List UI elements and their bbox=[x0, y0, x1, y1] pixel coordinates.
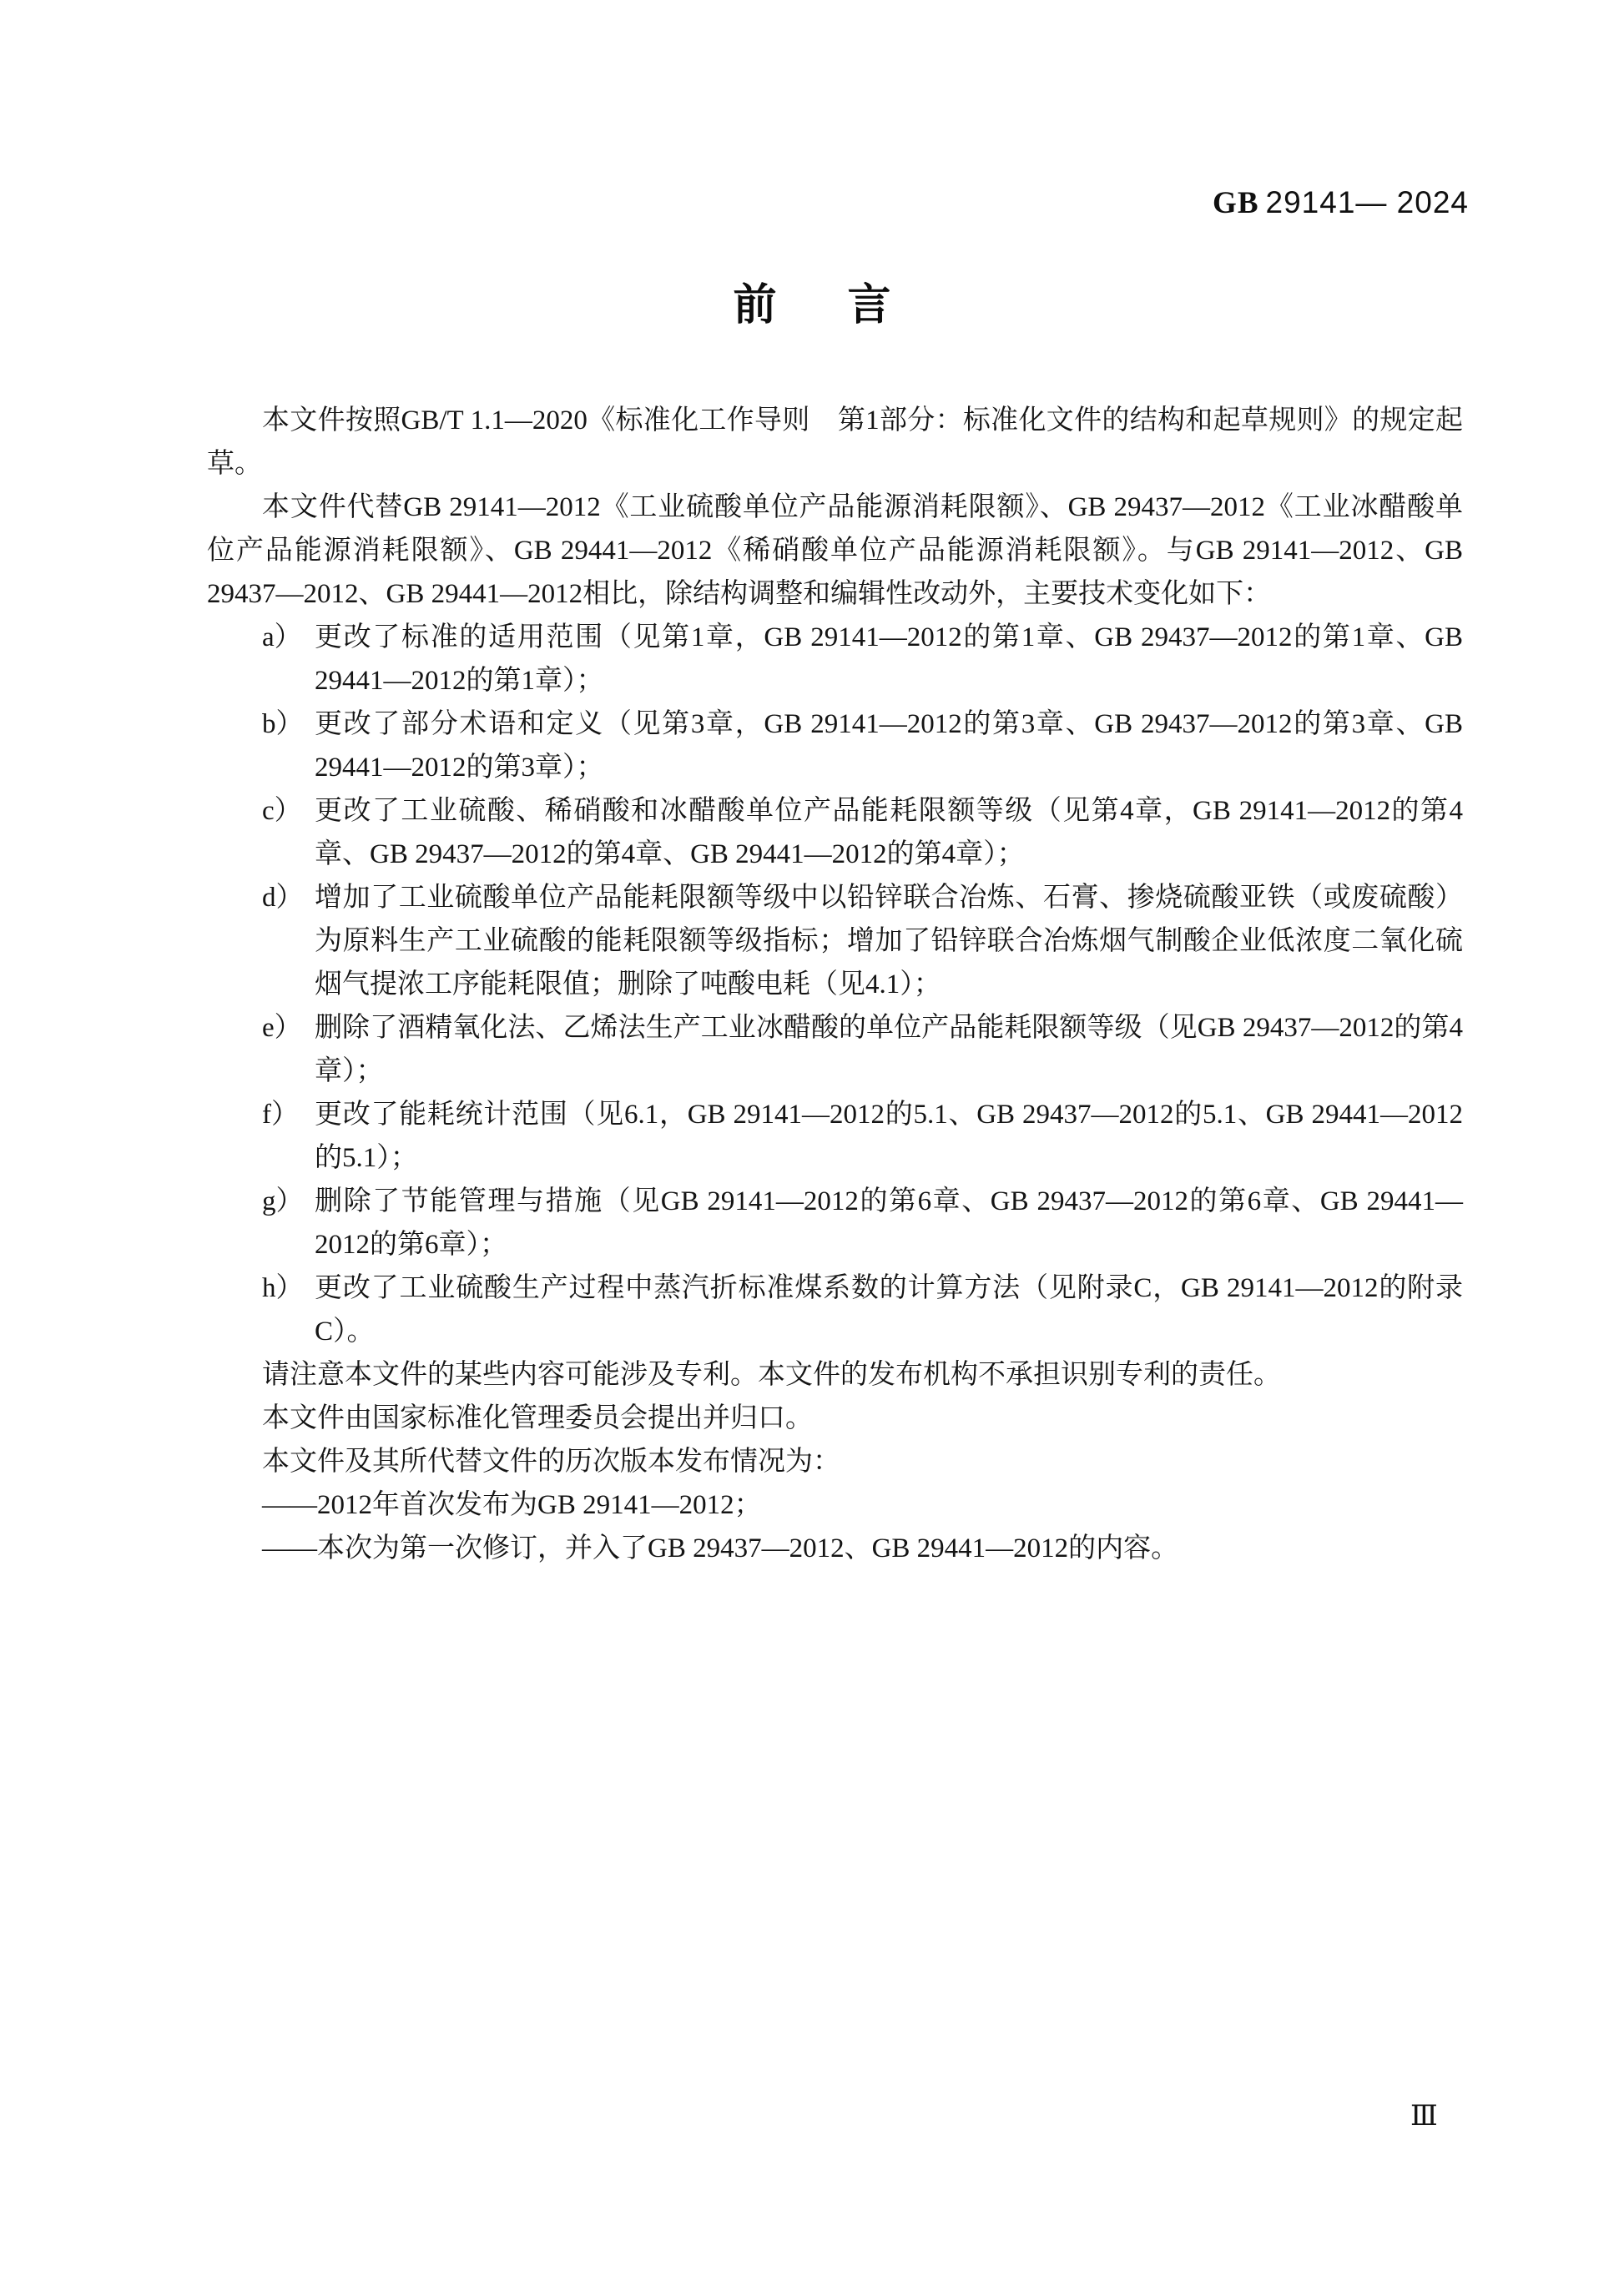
list-marker: c） bbox=[262, 789, 302, 833]
list-text: 更改了工业硫酸生产过程中蒸汽折标准煤系数的计算方法（见附录C，GB 29141—… bbox=[315, 1273, 1463, 1347]
list-item: g） 删除了节能管理与措施（见GB 29141—2012的第6章、GB 2943… bbox=[207, 1180, 1463, 1266]
list-marker: d） bbox=[262, 876, 304, 919]
list-text: 增加了工业硫酸单位产品能耗限额等级中以铅锌联合冶炼、石膏、掺烧硫酸亚铁（或废硫酸… bbox=[315, 883, 1463, 999]
history-item: ——本次为第一次修订，并入了GB 29437—2012、GB 29441—201… bbox=[207, 1527, 1463, 1570]
list-text: 更改了能耗统计范围（见6.1，GB 29141—2012的5.1、GB 2943… bbox=[315, 1100, 1463, 1173]
list-item: e） 删除了酒精氧化法、乙烯法生产工业冰醋酸的单位产品能耗限额等级（见GB 29… bbox=[207, 1006, 1463, 1093]
list-marker: f） bbox=[262, 1093, 299, 1136]
history-intro-paragraph: 本文件及其所代替文件的历次版本发布情况为： bbox=[207, 1440, 1463, 1483]
list-text: 删除了酒精氧化法、乙烯法生产工业冰醋酸的单位产品能耗限额等级（见GB 29437… bbox=[315, 1013, 1463, 1086]
list-text: 删除了节能管理与措施（见GB 29141—2012的第6章、GB 29437—2… bbox=[315, 1186, 1463, 1260]
document-page: GB29141— 2024 前言 本文件按照GB/T 1.1—2020《标准化工… bbox=[0, 0, 1624, 2296]
list-item: h） 更改了工业硫酸生产过程中蒸汽折标准煤系数的计算方法（见附录C，GB 291… bbox=[207, 1266, 1463, 1353]
intro-paragraph: 本文件按照GB/T 1.1—2020《标准化工作导则 第1部分：标准化文件的结构… bbox=[207, 399, 1463, 486]
list-marker: e） bbox=[262, 1006, 302, 1050]
list-text: 更改了标准的适用范围（见第1章，GB 29141—2012的第1章、GB 294… bbox=[315, 622, 1463, 696]
standard-code-number: 29141— 2024 bbox=[1266, 185, 1469, 219]
history-list: ——2012年首次发布为GB 29141—2012； ——本次为第一次修订，并入… bbox=[207, 1483, 1463, 1570]
list-text: 更改了工业硫酸、稀硝酸和冰醋酸单位产品能耗限额等级（见第4章，GB 29141—… bbox=[315, 796, 1463, 869]
issuing-body-paragraph: 本文件由国家标准化管理委员会提出并归口。 bbox=[207, 1397, 1463, 1440]
page-title-char-2: 言 bbox=[848, 281, 891, 330]
standard-code: GB29141— 2024 bbox=[1213, 185, 1469, 221]
list-item: c） 更改了工业硫酸、稀硝酸和冰醋酸单位产品能耗限额等级（见第4章，GB 291… bbox=[207, 789, 1463, 876]
standard-code-prefix: GB bbox=[1213, 186, 1258, 220]
list-item: d） 增加了工业硫酸单位产品能耗限额等级中以铅锌联合冶炼、石膏、掺烧硫酸亚铁（或… bbox=[207, 876, 1463, 1006]
page-title-char-1: 前 bbox=[733, 281, 776, 330]
list-marker: a） bbox=[262, 616, 302, 659]
list-marker: h） bbox=[262, 1266, 304, 1310]
foreword-body: 本文件按照GB/T 1.1—2020《标准化工作导则 第1部分：标准化文件的结构… bbox=[207, 399, 1463, 1570]
change-list: a） 更改了标准的适用范围（见第1章，GB 29141—2012的第1章、GB … bbox=[207, 616, 1463, 1353]
list-text: 更改了部分术语和定义（见第3章，GB 29141—2012的第3章、GB 294… bbox=[315, 709, 1463, 783]
list-marker: g） bbox=[262, 1180, 304, 1223]
list-item: f） 更改了能耗统计范围（见6.1，GB 29141—2012的5.1、GB 2… bbox=[207, 1093, 1463, 1180]
list-item: a） 更改了标准的适用范围（见第1章，GB 29141—2012的第1章、GB … bbox=[207, 616, 1463, 702]
intro-paragraph: 本文件代替GB 29141—2012《工业硫酸单位产品能源消耗限额》、GB 29… bbox=[207, 486, 1463, 616]
patent-notice-paragraph: 请注意本文件的某些内容可能涉及专利。本文件的发布机构不承担识别专利的责任。 bbox=[207, 1353, 1463, 1397]
page-title: 前言 bbox=[0, 280, 1624, 330]
history-item: ——2012年首次发布为GB 29141—2012； bbox=[207, 1483, 1463, 1527]
list-marker: b） bbox=[262, 702, 304, 746]
list-item: b） 更改了部分术语和定义（见第3章，GB 29141—2012的第3章、GB … bbox=[207, 702, 1463, 789]
page-number: Ⅲ bbox=[1410, 2099, 1438, 2132]
